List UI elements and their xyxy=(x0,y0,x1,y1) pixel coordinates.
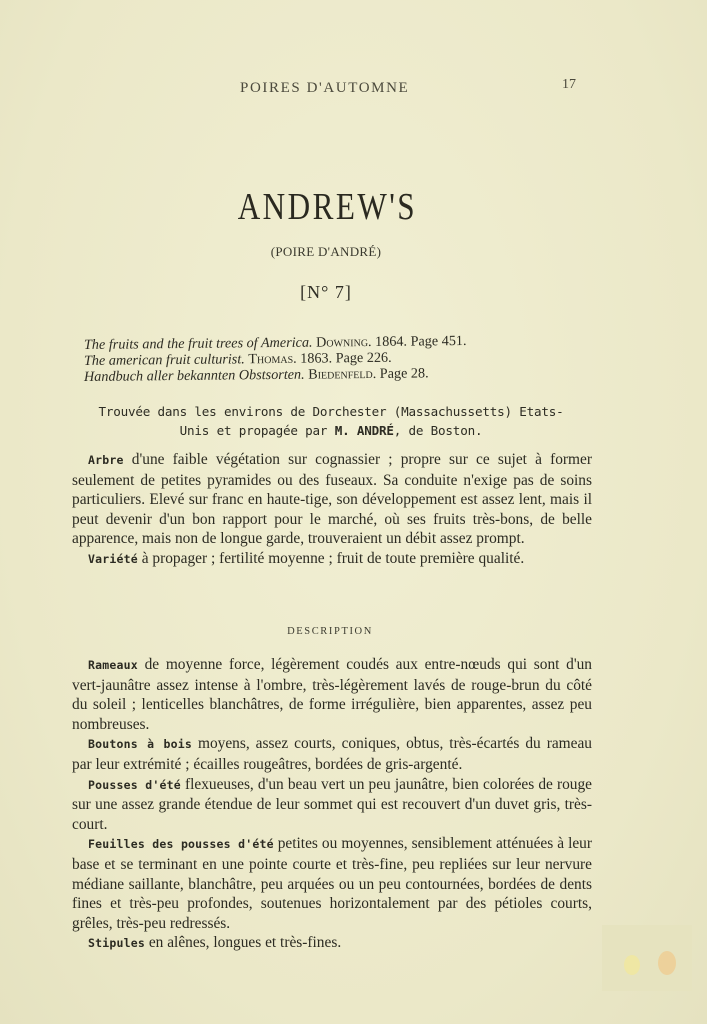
paragraph-lead: Rameaux xyxy=(88,658,138,672)
pear-icon xyxy=(658,951,676,975)
paragraph-lead: Variété xyxy=(88,552,138,566)
origin-person: M. ANDRÉ xyxy=(335,423,394,438)
running-head: POIRES D'AUTOMNE xyxy=(240,80,409,97)
paragraph-lead: Pousses d'été xyxy=(88,778,181,792)
reference-author: Thomas. xyxy=(248,351,297,368)
paragraph-lead: Stipules xyxy=(88,936,145,950)
description-paragraph-pousses: Pousses d'été flexueuses, d'un beau vert… xyxy=(72,775,592,835)
reference-details: 1864. Page 451. xyxy=(375,333,467,350)
reference-author: Downing. xyxy=(316,334,372,351)
origin-note: Trouvée dans les environs de Dorchester … xyxy=(70,402,592,440)
section-heading-description: DESCRIPTION xyxy=(0,626,660,637)
paragraph-lead: Arbre xyxy=(88,453,124,467)
origin-line-2: Unis et propagée par M. ANDRÉ, de Boston… xyxy=(70,421,592,440)
origin-text: , de Boston. xyxy=(394,423,483,438)
intro-paragraph-arbre: Arbre d'une faible végétation sur cognas… xyxy=(72,450,592,549)
reference-details: 1863. Page 226. xyxy=(300,350,392,367)
description-paragraph-boutons: Boutons à bois moyens, assez courts, con… xyxy=(72,734,592,774)
reference-title: The american fruit culturist. xyxy=(84,351,245,369)
variety-subtitle: (POIRE D'ANDRÉ) xyxy=(0,244,652,260)
description-section: Rameaux de moyenne force, légèrement cou… xyxy=(72,655,592,954)
page-number: 17 xyxy=(562,77,576,93)
reference-author: Biedenfeld. xyxy=(308,366,376,383)
paragraph-text: de moyenne force, légèrement coudés aux … xyxy=(72,656,592,733)
intro-section: Arbre d'une faible végétation sur cognas… xyxy=(72,450,592,570)
pear-icon xyxy=(624,955,640,975)
description-paragraph-rameaux: Rameaux de moyenne force, légèrement cou… xyxy=(72,655,592,734)
variety-title: ANDREW'S xyxy=(59,185,596,229)
faded-fruit-watermark xyxy=(602,925,692,991)
paragraph-text: en alênes, longues et très-fines. xyxy=(145,934,341,951)
origin-line-1: Trouvée dans les environs de Dorchester … xyxy=(70,402,592,421)
paragraph-text: d'une faible végétation sur cognassier ;… xyxy=(72,451,592,547)
variety-number: [N° 7] xyxy=(0,282,652,303)
paragraph-text: à propager ; fertilité moyenne ; fruit d… xyxy=(138,550,524,567)
paragraph-lead: Feuilles des pousses d'été xyxy=(88,837,274,851)
description-paragraph-stipules: Stipules en alênes, longues et très-fine… xyxy=(72,933,592,954)
paragraph-lead: Boutons à bois xyxy=(88,737,192,751)
references-list: The fruits and the fruit trees of Americ… xyxy=(84,337,554,385)
description-paragraph-feuilles: Feuilles des pousses d'été petites ou mo… xyxy=(72,834,592,933)
book-page: POIRES D'AUTOMNE 17 ANDREW'S (POIRE D'AN… xyxy=(0,0,707,1024)
reference-details: Page 28. xyxy=(380,365,429,382)
origin-text: Unis et propagée par xyxy=(180,423,335,438)
reference-title: Handbuch aller bekannten Obstsorten. xyxy=(84,367,305,385)
intro-paragraph-variete: Variété à propager ; fertilité moyenne ;… xyxy=(72,549,592,570)
